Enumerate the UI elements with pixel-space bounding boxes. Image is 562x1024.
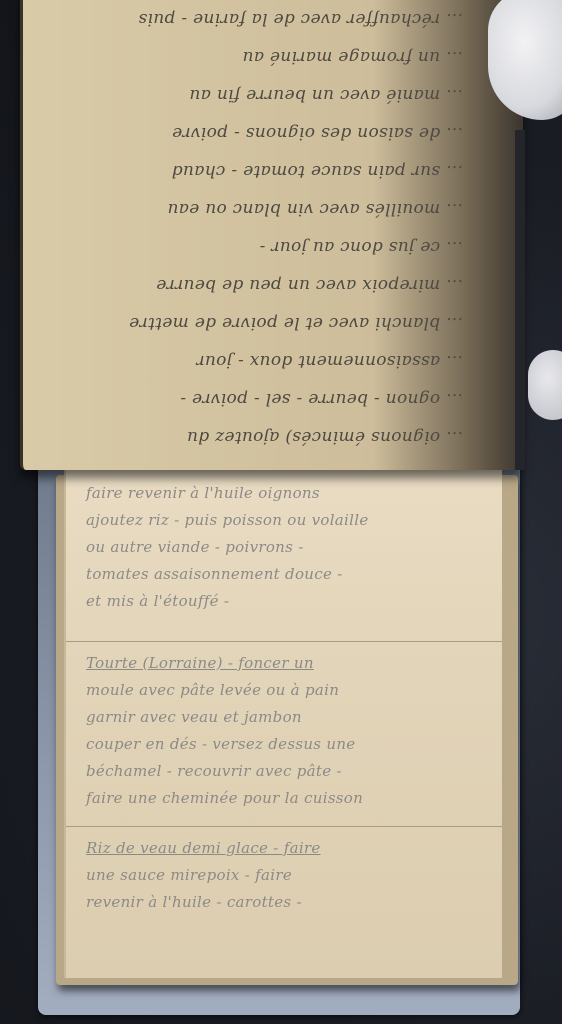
section-divider bbox=[66, 826, 502, 827]
handwritten-line: ... sur pain sauce tomate - chaud bbox=[53, 152, 463, 190]
handwritten-line: ... mirepoix avec un peu de beurre bbox=[53, 266, 463, 304]
handwritten-line: couper en dés - versez dessus une bbox=[86, 731, 488, 758]
top-page-upside-down: ... oignons émincés) ajoutez du ... ogno… bbox=[20, 0, 523, 470]
handwritten-line: ... manié avec un beurre fin au bbox=[53, 76, 463, 114]
white-glove-finger bbox=[528, 350, 562, 420]
handwritten-line: et mis à l'étouffé - bbox=[86, 588, 488, 615]
recipe-title-line: Riz de veau demi glace - faire bbox=[86, 835, 488, 862]
handwritten-line: faire revenir à l'huile oignons bbox=[86, 480, 488, 507]
notebook-photo: faire revenir à l'huile oignons ajoutez … bbox=[0, 0, 562, 1024]
handwritten-line: ... réchauffer avec de la farine - puis bbox=[53, 0, 463, 38]
handwritten-line: garnir avec veau et jambon bbox=[86, 704, 488, 731]
handwritten-line: ... mouillés avec vin blanc ou eau bbox=[53, 190, 463, 228]
handwritten-line: moule avec pâte levée ou à pain bbox=[86, 677, 488, 704]
handwritten-line: ... ognon - beurre - sel - poivre - bbox=[53, 380, 463, 418]
handwritten-line: revenir à l'huile - carottes - bbox=[86, 889, 488, 916]
handwritten-line: ou autre viande - poivrons - bbox=[86, 534, 488, 561]
handwritten-line: une sauce mirepoix - faire bbox=[86, 862, 488, 889]
handwritten-line: ... oignons émincés) ajoutez du bbox=[53, 418, 463, 456]
handwritten-line: ... ce jus donc au jour - bbox=[53, 228, 463, 266]
handwritten-line: tomates assaisonnement douce - bbox=[86, 561, 488, 588]
handwritten-line: ... blanchi avec et le poivre de mettre bbox=[53, 304, 463, 342]
handwritten-line: faire une cheminée pour la cuisson bbox=[86, 785, 488, 812]
handwritten-line: ... assaisonnement doux - jour bbox=[53, 342, 463, 380]
handwritten-line: ... de saison des oignons - poivre bbox=[53, 114, 463, 152]
handwritten-line: béchamel - recouvrir avec pâte - bbox=[86, 758, 488, 785]
section-divider bbox=[66, 641, 502, 642]
handwritten-line: ajoutez riz - puis poisson ou volaille bbox=[86, 507, 488, 534]
notebook-spine-shadow bbox=[515, 130, 525, 470]
recipe-title-line: Tourte (Lorraine) - foncer un bbox=[86, 650, 488, 677]
bottom-page: faire revenir à l'huile oignons ajoutez … bbox=[64, 470, 502, 978]
handwritten-line: ... un fromage mariné au bbox=[53, 38, 463, 76]
